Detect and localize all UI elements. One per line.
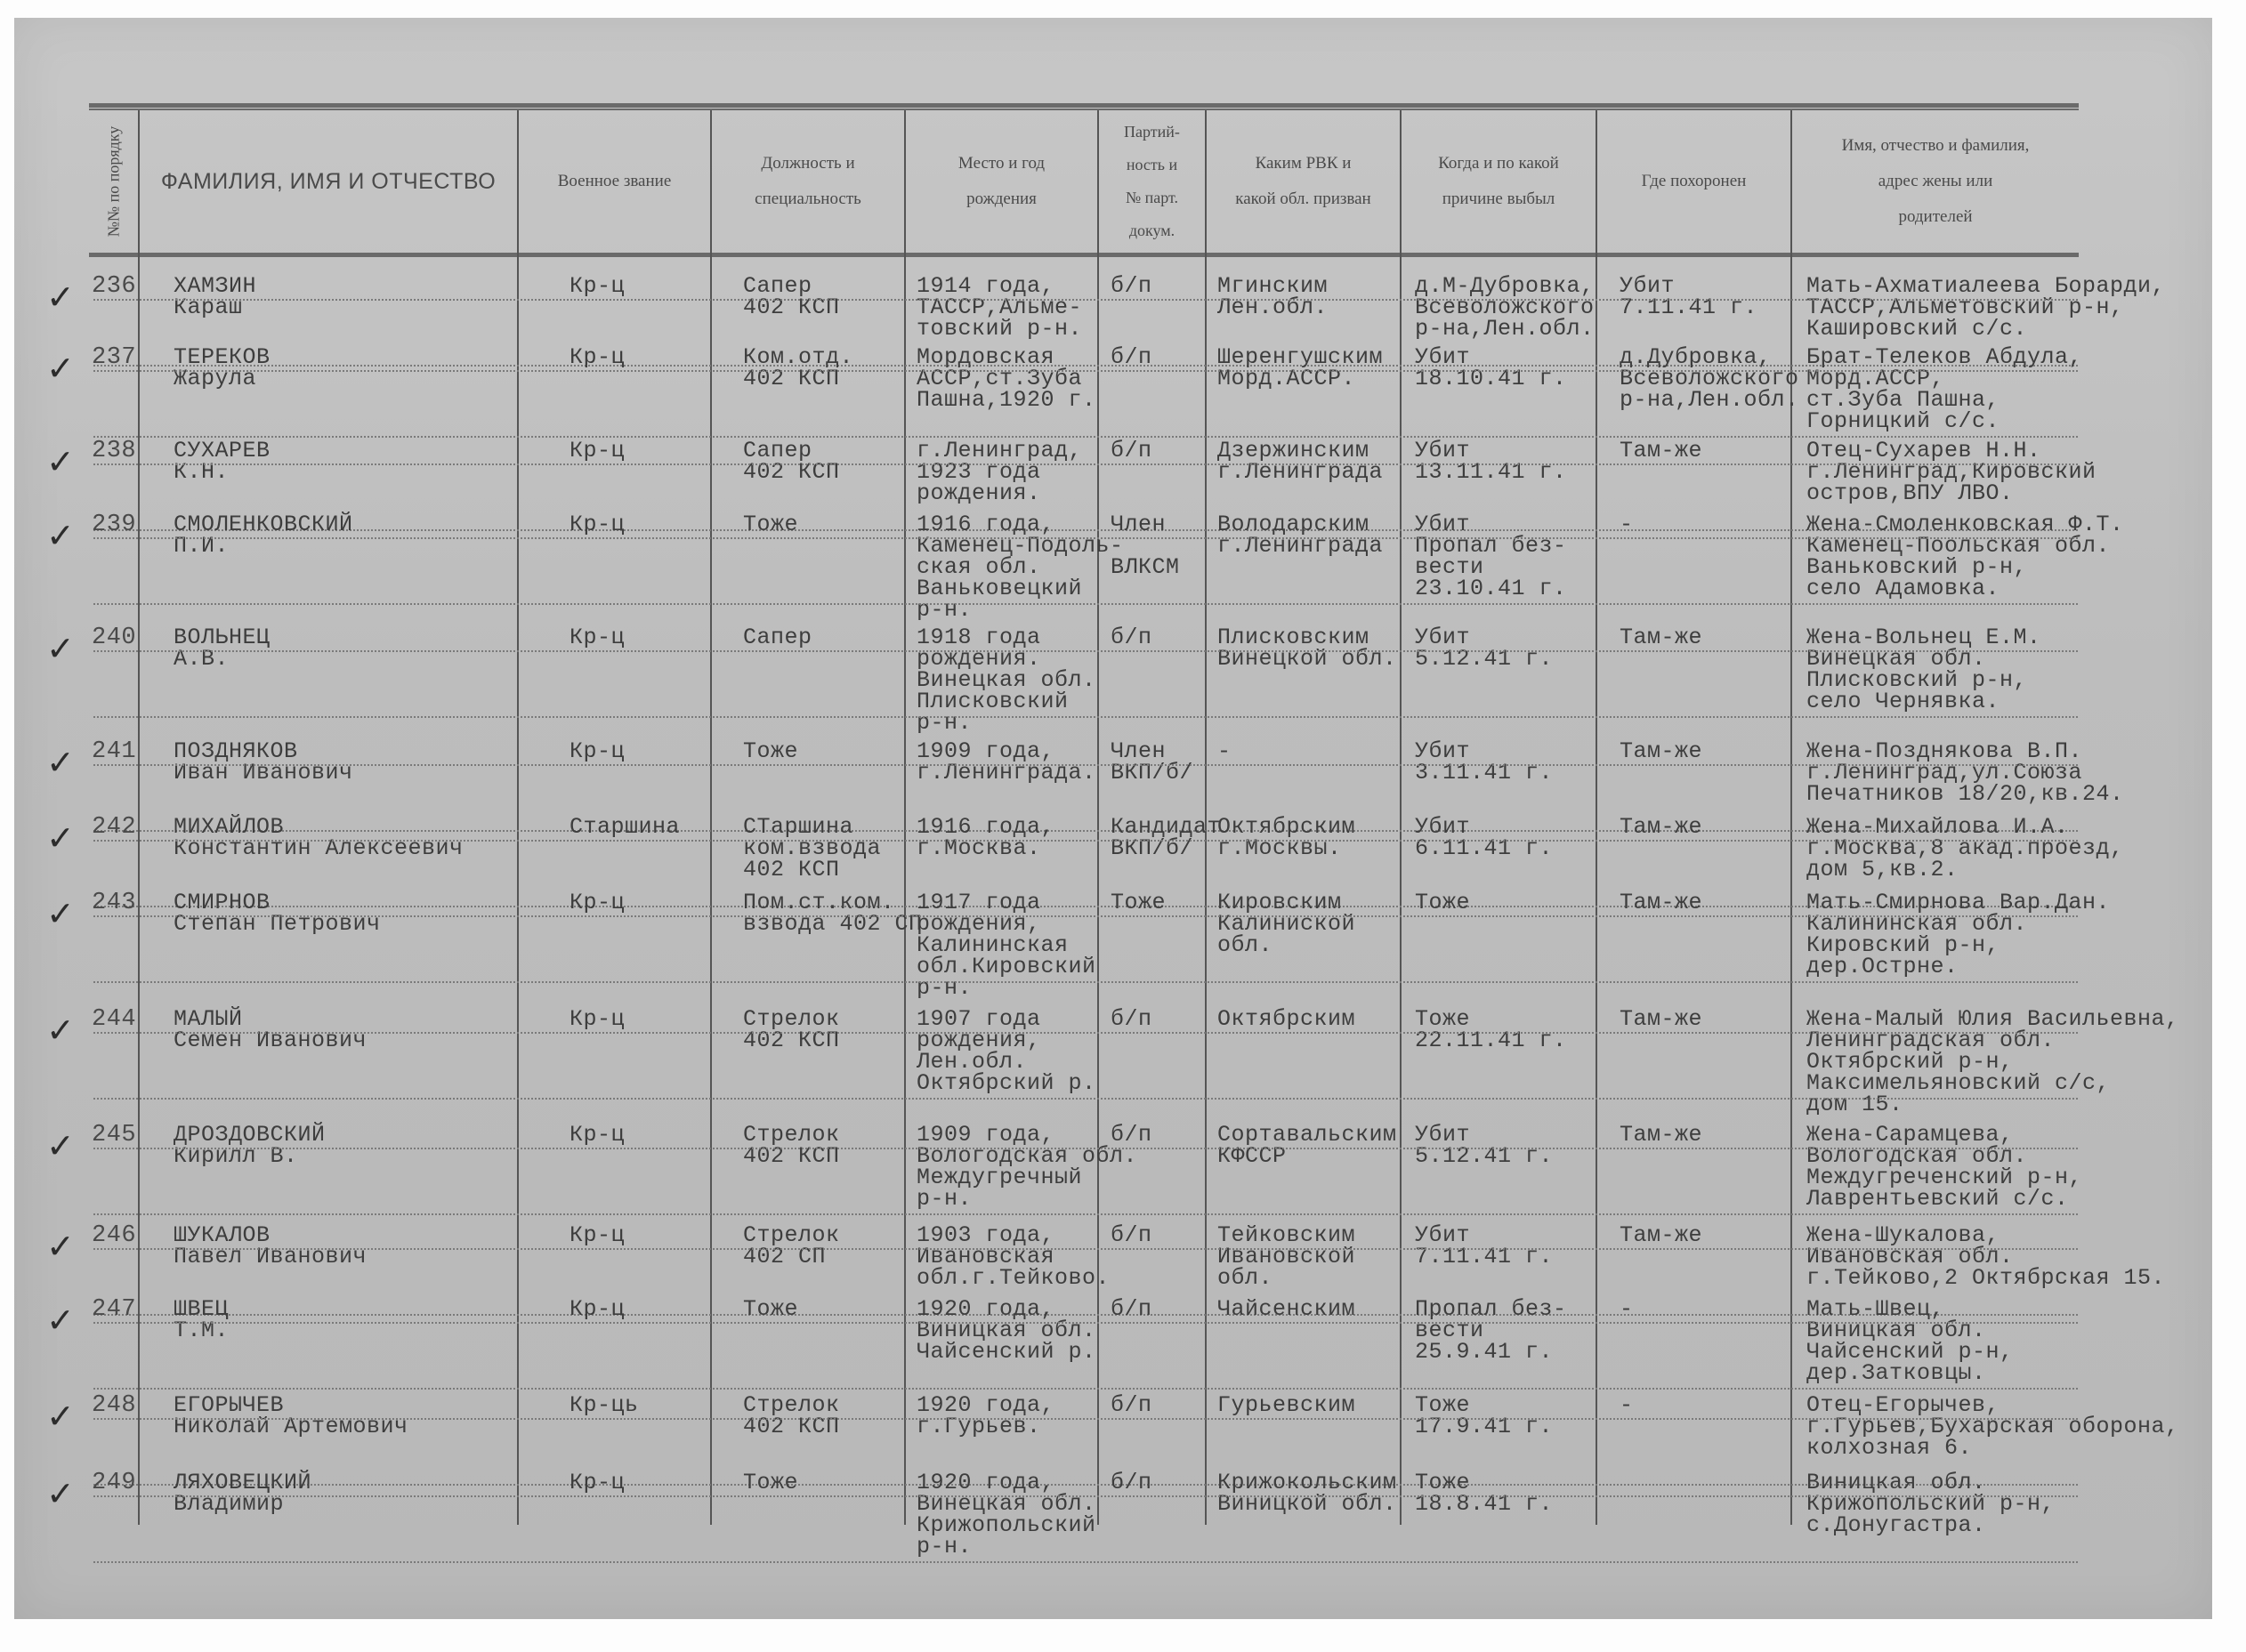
cell-rank: Кр-ц <box>570 1299 625 1320</box>
cell-name: ШУКАЛОВ Павел Иванович <box>174 1225 367 1268</box>
table-top-rule <box>89 103 2079 110</box>
cell-when: Убит 5.12.41 г. <box>1415 1124 1553 1167</box>
cell-num: 242 <box>92 817 136 838</box>
cell-position: Стрелок 402 КСП <box>743 1124 840 1167</box>
checkmark-icon: ✓ <box>46 516 75 555</box>
dotted-guide-line <box>93 650 2078 652</box>
cell-relatives: Мать-Ахматиалеева Борарди, ТАССР,Альмето… <box>1806 276 2165 340</box>
dotted-guide-line <box>93 1032 2078 1034</box>
cell-party: б/п <box>1111 440 1152 462</box>
cell-buried: Там-же <box>1620 1009 1702 1030</box>
cell-birth: 1909 года, г.Ленинграда. <box>917 741 1096 784</box>
column-divider <box>138 110 140 1525</box>
cell-position: Ком.отд. 402 КСП <box>743 347 853 390</box>
cell-rvk: Крижокольским Виницкой обл. <box>1217 1472 1397 1515</box>
cell-position: Сапер 402 КСП <box>743 276 840 318</box>
dotted-guide-line <box>93 603 2078 605</box>
cell-when: Убит 6.11.41 г. <box>1415 817 1553 859</box>
cell-relatives: Жена-Малый Юлия Васильевна, Ленинградска… <box>1806 1009 2179 1116</box>
cell-position: Тоже <box>743 1299 798 1320</box>
dotted-guide-line <box>93 1495 2078 1497</box>
cell-rank: Кр-ц <box>570 440 625 462</box>
cell-position: Тоже <box>743 741 798 762</box>
dotted-guide-line <box>93 370 2078 372</box>
cell-rvk: Чайсенским <box>1217 1299 1355 1320</box>
cell-relatives: Жена-Вольнец Е.М. Винецкая обл. Плисковс… <box>1806 627 2041 713</box>
column-divider <box>1790 110 1792 1525</box>
cell-num: 249 <box>92 1472 136 1494</box>
cell-when: Тоже 22.11.41 г. <box>1415 1009 1567 1052</box>
cell-when: Убит Пропал без- вести 23.10.41 г. <box>1415 514 1567 600</box>
cell-rank: Кр-ц <box>570 347 625 368</box>
cell-when: Убит 5.12.41 г. <box>1415 627 1553 670</box>
dotted-guide-line <box>93 1248 2078 1250</box>
dotted-guide-line <box>93 840 2078 842</box>
cell-when: Убит 7.11.41 г. <box>1415 1225 1553 1268</box>
cell-name: МАЛЫЙ Семен Иванович <box>174 1009 367 1052</box>
cell-birth: 1917 года рождения, Калининская обл.Киро… <box>917 892 1096 999</box>
cell-name: ПОЗДНЯКОВ Иван Иванович <box>174 741 353 784</box>
dotted-guide-line <box>93 1322 2078 1324</box>
cell-relatives: Отец-Егорычев, г.Гурьев,Бухарская оборон… <box>1806 1395 2179 1459</box>
cell-birth: 1907 года рождения, Лен.обл. Октябрский … <box>917 1009 1096 1094</box>
cell-position: Стрелок 402 КСП <box>743 1009 840 1052</box>
cell-rvk: Кировским Калиниской обл. <box>1217 892 1355 956</box>
cell-when: Пропал без- вести 25.9.41 г. <box>1415 1299 1567 1363</box>
dotted-guide-line <box>93 1148 2078 1149</box>
column-divider <box>1097 110 1099 1525</box>
cell-when: Тоже 17.9.41 г. <box>1415 1395 1553 1438</box>
dotted-guide-line <box>93 1213 2078 1215</box>
checkmark-icon: ✓ <box>46 1126 75 1165</box>
cell-position: Сапер <box>743 627 812 649</box>
cell-when: Убит 13.11.41 г. <box>1415 440 1567 483</box>
cell-num: 239 <box>92 514 136 536</box>
checkmark-icon: ✓ <box>46 278 75 317</box>
dotted-guide-line <box>93 436 2078 438</box>
cell-birth: 1909 года, Вологодская обл. Междугречный… <box>917 1124 1137 1210</box>
cell-birth: 1903 года, Ивановская обл.г.Тейково. <box>917 1225 1110 1289</box>
cell-relatives: Мать-Смирнова Вар.Дан. Калининская обл. … <box>1806 892 2110 978</box>
cell-rank: Кр-ц <box>570 892 625 914</box>
cell-num: 237 <box>92 347 136 368</box>
header-birth: Место и год рождения <box>906 110 1097 253</box>
cell-birth: 1920 года, Виницкая обл. Чайсенский р. <box>917 1299 1096 1363</box>
dotted-guide-line <box>93 1418 2078 1420</box>
header-rvk: Каким РВК и какой обл. призван <box>1207 110 1400 253</box>
checkmark-icon: ✓ <box>46 629 75 668</box>
cell-birth: 1914 года, ТАССР,Альме- товский р-н. <box>917 276 1082 340</box>
cell-buried: - <box>1620 1299 1634 1320</box>
dotted-guide-line <box>93 915 2078 917</box>
cell-birth: 1916 года, Каменец-Подоль- ская обл. Ван… <box>917 514 1124 621</box>
header-num: №№ по порядку <box>89 110 138 253</box>
cell-rank: Кр-ць <box>570 1395 639 1416</box>
cell-rvk: Мгинским Лен.обл. <box>1217 276 1328 318</box>
cell-party: б/п <box>1111 1225 1152 1246</box>
cell-rank: Кр-ц <box>570 1124 625 1146</box>
checkmark-icon: ✓ <box>46 442 75 481</box>
dotted-guide-line <box>93 299 2078 301</box>
cell-party: б/п <box>1111 1395 1152 1416</box>
header-relatives: Имя, отчество и фамилия, адрес жены или … <box>1792 110 2079 253</box>
cell-position: СТаршина ком.взвода 402 КСП <box>743 817 881 881</box>
cell-when: д.М-Дубровка, Всеволожского р-на,Лен.обл… <box>1415 276 1595 340</box>
checkmark-icon: ✓ <box>46 1397 75 1436</box>
dotted-guide-line <box>93 537 2078 539</box>
cell-name: ЛЯХОВЕЦКИЙ Владимир <box>174 1472 311 1515</box>
cell-position: Стрелок 402 КСП <box>743 1395 840 1438</box>
cell-relatives: Жена-Сарамцева, Вологодская обл. Междугр… <box>1806 1124 2082 1210</box>
checkmark-icon: ✓ <box>46 1301 75 1340</box>
cell-birth: 1920 года, Винецкая обл. Крижопольский р… <box>917 1472 1096 1558</box>
cell-when: Убит 3.11.41 г. <box>1415 741 1553 784</box>
cell-name: ЕГОРЫЧЕВ Николай Артемович <box>174 1395 408 1438</box>
cell-rvk: Октябрским г.Москвы. <box>1217 817 1355 859</box>
cell-party: Кандидат ВКП/б/ <box>1111 817 1221 859</box>
header-name: ФАМИЛИЯ, ИМЯ И ОТЧЕСТВО <box>140 110 517 253</box>
cell-buried: д.Дубровка, Всеволожского р-на,Лен.обл. <box>1620 347 1799 411</box>
checkmark-icon: ✓ <box>46 1474 75 1513</box>
cell-rvk: Дзержинским г.Ленинграда <box>1217 440 1383 483</box>
cell-name: ТЕРЕКОВ Жарула <box>174 347 271 390</box>
checkmark-icon: ✓ <box>46 1011 75 1050</box>
dotted-guide-line <box>93 463 2078 465</box>
cell-buried: Там-же <box>1620 1225 1702 1246</box>
cell-name: ДРОЗДОВСКИЙ Кирилл В. <box>174 1124 326 1167</box>
cell-buried: Убит 7.11.41 г. <box>1620 276 1757 318</box>
column-divider <box>710 110 712 1525</box>
cell-rvk: Володарским г.Ленинграда <box>1217 514 1383 557</box>
cell-num: 236 <box>92 276 136 297</box>
cell-buried: Там-же <box>1620 440 1702 462</box>
cell-party: б/п <box>1111 1124 1152 1146</box>
cell-position: Сапер 402 КСП <box>743 440 840 483</box>
cell-num: 240 <box>92 627 136 649</box>
cell-num: 248 <box>92 1395 136 1416</box>
cell-buried: Там-же <box>1620 741 1702 762</box>
cell-buried: Там-же <box>1620 892 1702 914</box>
dotted-guide-line <box>93 1098 2078 1100</box>
header-rank: Военное звание <box>519 110 710 253</box>
cell-name: СУХАРЕВ К.Н. <box>174 440 271 483</box>
cell-position: Пом.ст.ком. взвода 402 СП <box>743 892 923 935</box>
cell-num: 244 <box>92 1009 136 1030</box>
cell-party: Тоже <box>1111 892 1166 914</box>
cell-buried: - <box>1620 514 1634 536</box>
cell-buried: - <box>1620 1395 1634 1416</box>
cell-num: 241 <box>92 741 136 762</box>
cell-rank: Кр-ц <box>570 1225 625 1246</box>
cell-birth: 1920 года, г.Гурьев. <box>917 1395 1054 1438</box>
cell-rank: Кр-ц <box>570 1009 625 1030</box>
cell-party: Член ВЛКСМ <box>1111 514 1180 578</box>
cell-birth: 1918 года рождения. Винецкая обл. Плиско… <box>917 627 1096 734</box>
dotted-guide-line <box>93 1388 2078 1390</box>
header-buried: Где похоронен <box>1597 110 1790 253</box>
cell-buried: Там-же <box>1620 627 1702 649</box>
checkmark-icon: ✓ <box>46 349 75 388</box>
cell-num: 245 <box>92 1124 136 1146</box>
cell-party: б/п <box>1111 347 1152 368</box>
cell-relatives: Жена-Михайлова И.А. г.Москва,8 акад.прое… <box>1806 817 2124 881</box>
column-divider <box>904 110 906 1525</box>
cell-rvk: Плисковским Винецкой обл. <box>1217 627 1397 670</box>
cell-rank: Кр-ц <box>570 514 625 536</box>
cell-birth: 1916 года, г.Москва. <box>917 817 1054 859</box>
cell-birth: г.Ленинград, 1923 года рождения. <box>917 440 1082 504</box>
cell-party: б/п <box>1111 627 1152 649</box>
cell-rank: Кр-ц <box>570 741 625 762</box>
cell-position: Тоже <box>743 1472 798 1494</box>
header-when: Когда и по какой причине выбыл <box>1402 110 1596 253</box>
column-divider <box>1400 110 1402 1525</box>
cell-num: 238 <box>92 440 136 462</box>
cell-name: СМИРНОВ Степан Петрович <box>174 892 381 935</box>
cell-rvk: Сортавальским КФССР <box>1217 1124 1397 1167</box>
dotted-guide-line <box>93 1561 2078 1563</box>
dotted-guide-line <box>93 716 2078 718</box>
cell-position: Стрелок 402 СП <box>743 1225 840 1268</box>
cell-party: б/п <box>1111 1472 1152 1494</box>
dotted-guide-line <box>93 764 2078 766</box>
cell-party: б/п <box>1111 276 1152 297</box>
cell-party: б/п <box>1111 1009 1152 1030</box>
cell-relatives: Жена-Шукалова, Ивановская обл. г.Тейково… <box>1806 1225 2165 1289</box>
cell-party: Член ВКП/б/ <box>1111 741 1193 784</box>
cell-when: Тоже <box>1415 892 1470 914</box>
cell-relatives: Жена-Смоленковская Ф.Т. Каменец-Поольска… <box>1806 514 2124 600</box>
header-position: Должность и специальность <box>712 110 904 253</box>
cell-name: СМОЛЕНКОВСКИЙ П.И. <box>174 514 353 557</box>
cell-rvk: Гурьевским <box>1217 1395 1355 1416</box>
cell-relatives: Виницкая обл. Крижопольский р-н, с.Донуг… <box>1806 1472 2055 1536</box>
checkmark-icon: ✓ <box>46 818 75 858</box>
checkmark-icon: ✓ <box>46 894 75 933</box>
cell-buried: Там-же <box>1620 817 1702 838</box>
cell-name: ВОЛЬНЕЦ А.В. <box>174 627 271 670</box>
checkmark-icon: ✓ <box>46 1227 75 1266</box>
cell-when: Убит 18.10.41 г. <box>1415 347 1567 390</box>
cell-rank: Старшина <box>570 817 680 838</box>
cell-rvk: - <box>1217 741 1232 762</box>
cell-relatives: Отец-Сухарев Н.Н. г.Ленинград,Кировский … <box>1806 440 2097 504</box>
cell-num: 247 <box>92 1299 136 1320</box>
column-divider <box>1596 110 1597 1525</box>
cell-rvk: Тейковским Ивановской обл. <box>1217 1225 1355 1289</box>
cell-rank: Кр-ц <box>570 276 625 297</box>
cell-rvk: Шеренгушским Морд.АССР. <box>1217 347 1383 390</box>
cell-name: ШВЕЦ Т.М. <box>174 1299 229 1342</box>
cell-party: б/п <box>1111 1299 1152 1320</box>
cell-rank: Кр-ц <box>570 627 625 649</box>
checkmark-icon: ✓ <box>46 743 75 782</box>
cell-rvk: Октябрским <box>1217 1009 1355 1030</box>
cell-rank: Кр-ц <box>570 1472 625 1494</box>
cell-relatives: Мать-Швец, Виницкая обл. Чайсенский р-н,… <box>1806 1299 2014 1384</box>
cell-num: 243 <box>92 892 136 914</box>
cell-relatives: Жена-Позднякова В.П. г.Ленинград,ул.Союз… <box>1806 741 2124 805</box>
cell-position: Тоже <box>743 514 798 536</box>
cell-when: Тоже 18.8.41 г. <box>1415 1472 1553 1515</box>
cell-name: МИХАЙЛОВ Константин Алексеевич <box>174 817 464 859</box>
dotted-guide-line <box>93 981 2078 983</box>
cell-num: 246 <box>92 1225 136 1246</box>
cell-buried: Там-же <box>1620 1124 1702 1146</box>
cell-birth: Мордовская АССР,ст.Зуба Пашна,1920 г. <box>917 347 1096 411</box>
cell-relatives: Брат-Телеков Абдула, Морд.АССР, ст.Зуба … <box>1806 347 2082 432</box>
column-divider <box>517 110 519 1525</box>
header-bottom-rule <box>89 253 2079 257</box>
header-party: Партий- ность и № парт. докум. <box>1099 110 1205 253</box>
cell-name: ХАМЗИН Караш <box>174 276 256 318</box>
